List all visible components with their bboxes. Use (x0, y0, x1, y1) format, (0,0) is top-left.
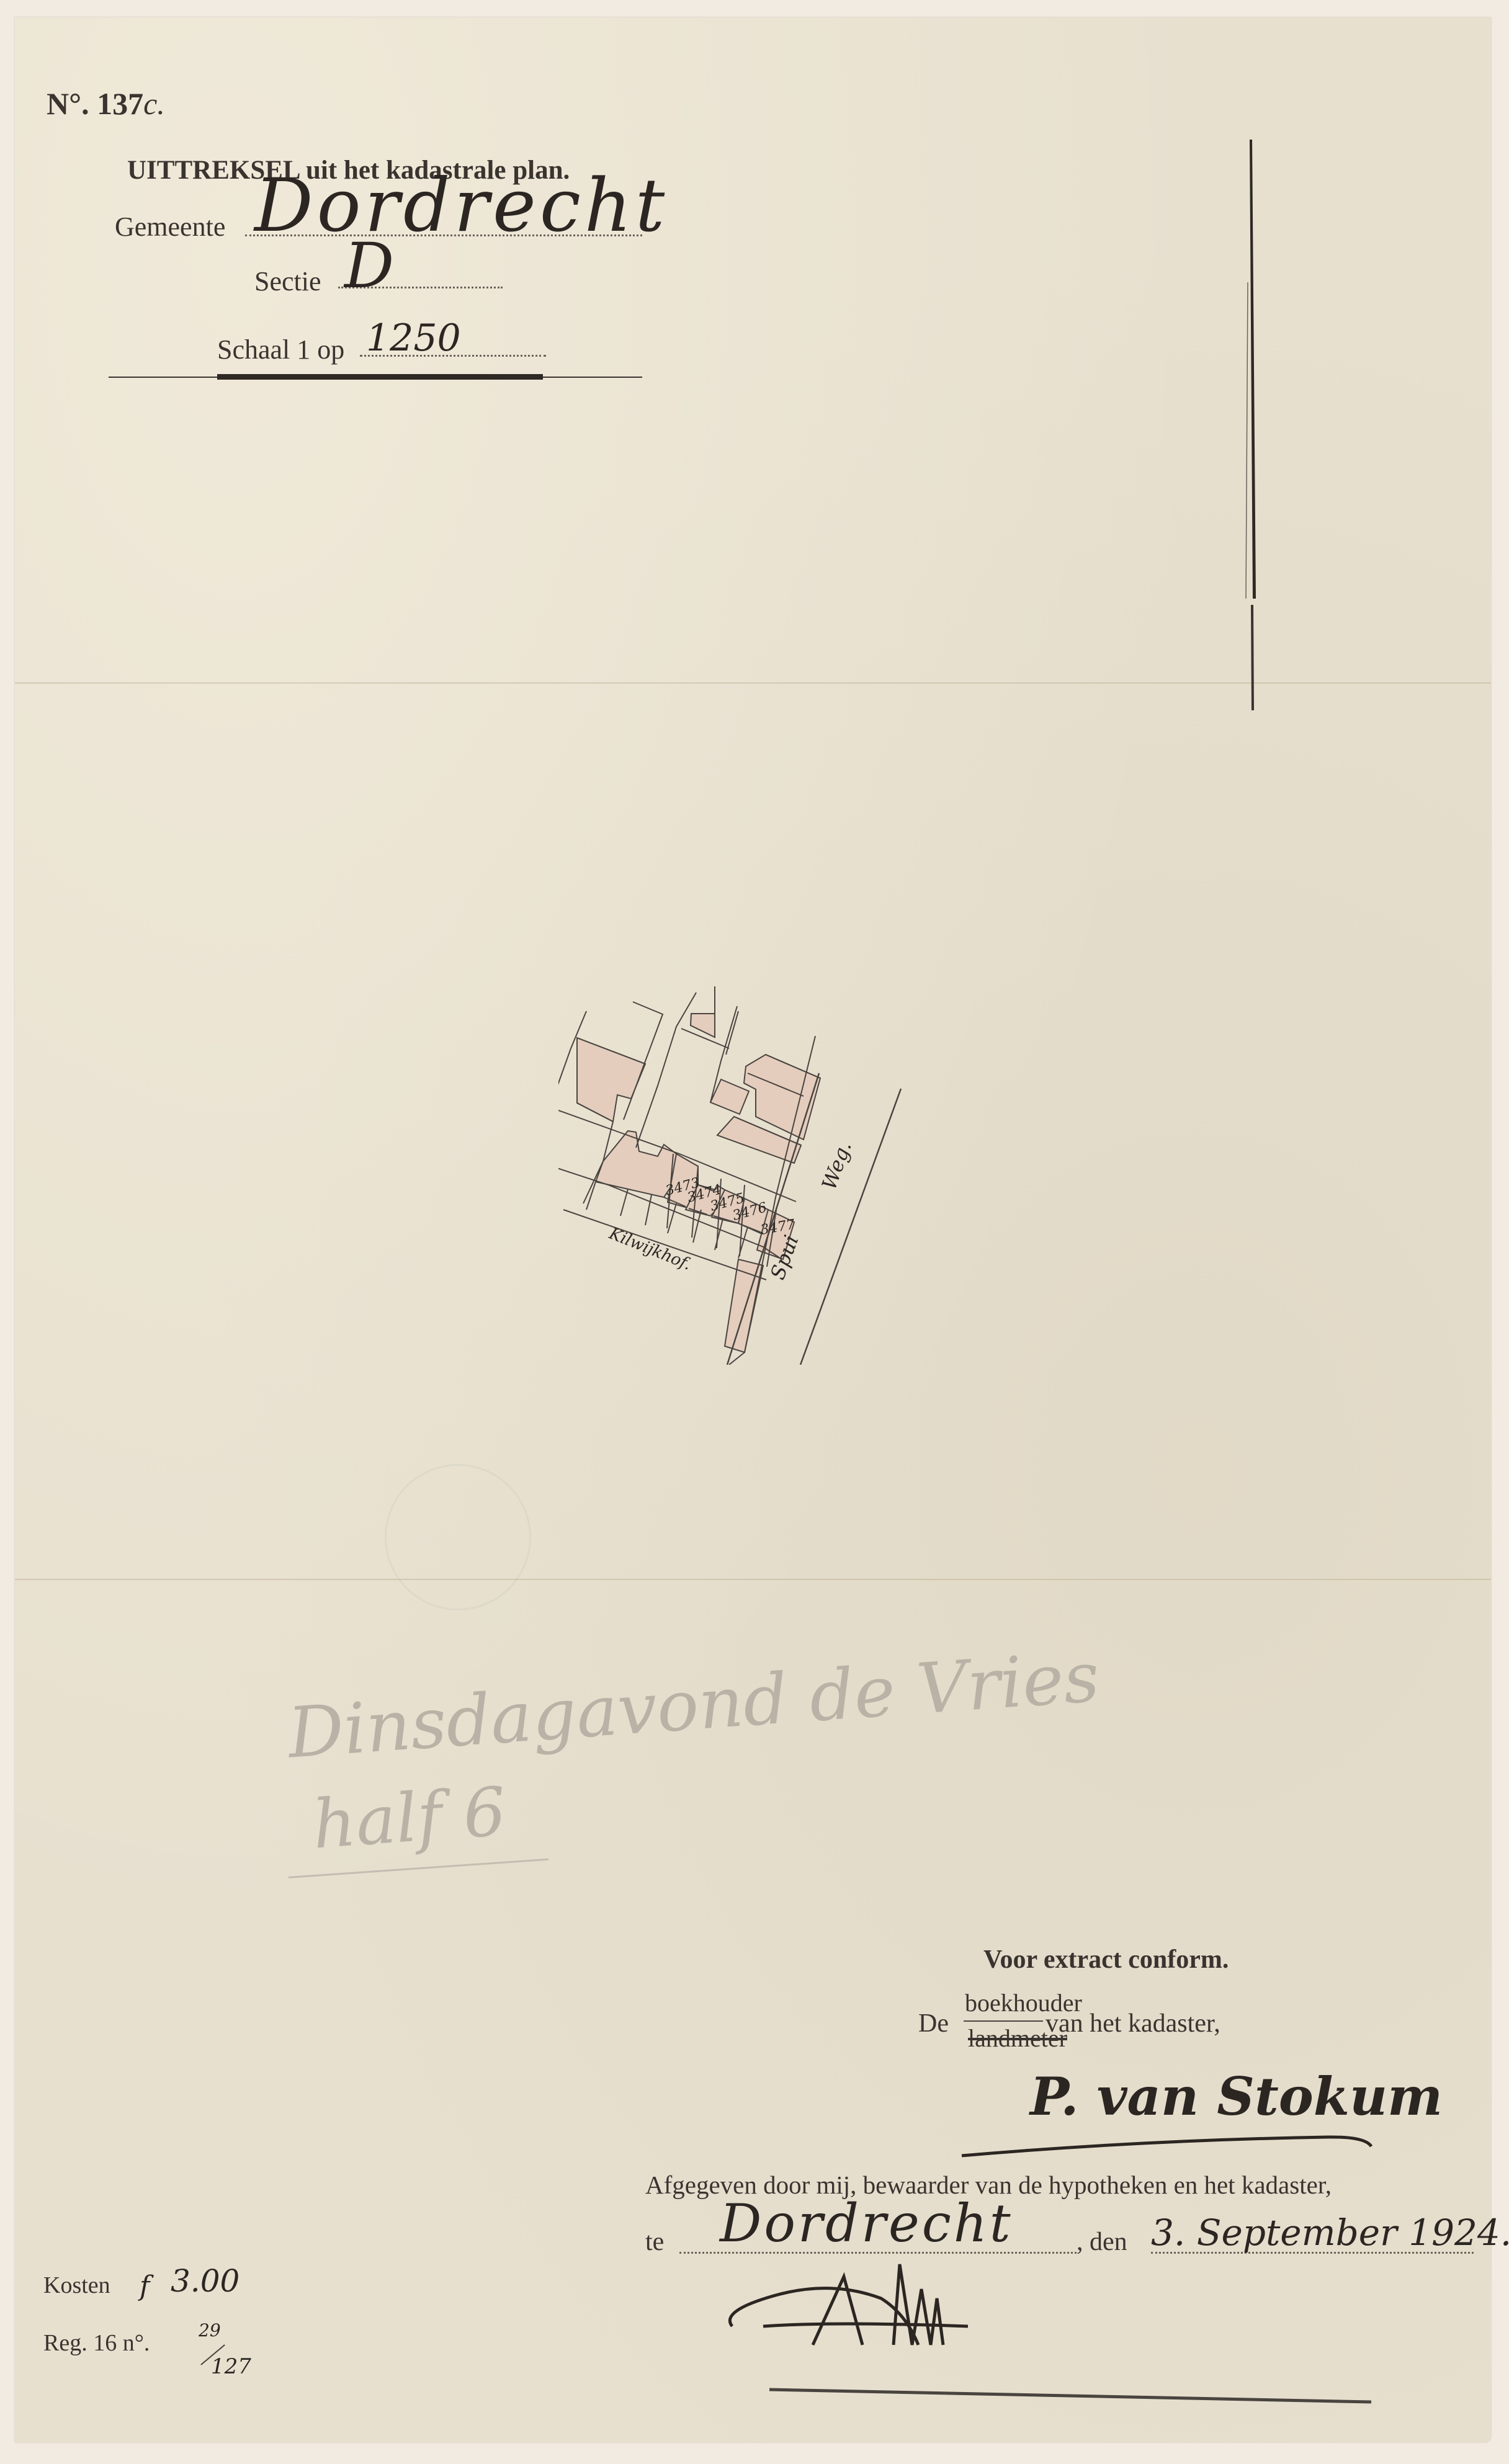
schaal-value: 1250 (366, 316, 461, 360)
signature-2-underline (763, 2382, 1384, 2407)
de-label: De (918, 2009, 949, 2038)
date-value: 3. September 1924. (1151, 2212, 1509, 2254)
reg-label: Reg. 16 n°. (43, 2329, 150, 2357)
sectie-label: Sectie (254, 266, 321, 297)
pencil-note-line2: half 6 (310, 1773, 508, 1864)
header-underline-thick (217, 374, 543, 380)
fold-line (15, 682, 1491, 684)
reg-numerator: 29 (199, 2320, 221, 2341)
reg-denominator: 127 (211, 2354, 251, 2379)
kosten-label: Kosten (43, 2272, 110, 2299)
document-number: N°. 137c. (47, 86, 165, 122)
street-name-kilwijkhof: Kilwijkhof. (606, 1224, 694, 1274)
signature-1: P. van Stokum (1030, 2066, 1443, 2127)
kosten-amount: 3.00 (171, 2263, 240, 2299)
role-fraction-line (964, 2020, 1043, 2022)
currency-symbol: f (140, 2270, 150, 2302)
te-label: te (645, 2227, 664, 2257)
signature-2 (707, 2252, 1204, 2376)
street-name-weg: Weg. (817, 1138, 856, 1193)
fold-line (15, 1579, 1491, 1580)
gemeente-label: Gemeente (115, 211, 225, 243)
cadastral-map: 3473 3474 3475 3476 3477 Kilwijkhof. Spu… (558, 968, 906, 1365)
faint-stamp (385, 1464, 531, 1610)
vertical-rule (1241, 133, 1266, 716)
place-value: Dordrecht (720, 2193, 1013, 2254)
gemeente-value: Dordrecht (254, 163, 668, 248)
sectie-value: D (344, 230, 394, 302)
role-suffix: van het kadaster, (1046, 2009, 1220, 2038)
signature-1-underline (956, 2128, 1390, 2165)
attestation-heading: Voor extract conform. (983, 1945, 1229, 1975)
schaal-label: Schaal 1 op (217, 334, 344, 365)
